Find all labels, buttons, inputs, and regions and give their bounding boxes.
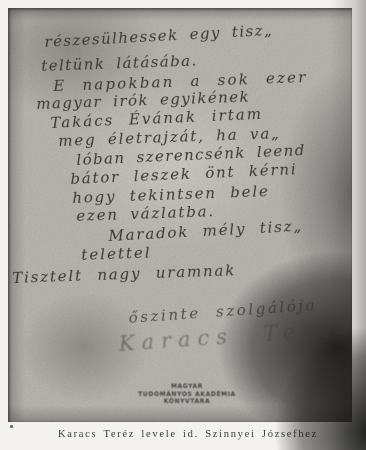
library-stamp-line: KÖNYVTÁRA: [122, 398, 252, 406]
letter-line: telettel: [81, 244, 152, 264]
book-page: részesülhessek egy tisz„ teltünk látásáb…: [0, 0, 366, 450]
letter-photograph: részesülhessek egy tisz„ teltünk látásáb…: [8, 8, 352, 422]
print-speck: [10, 425, 13, 428]
letter-line: részesülhessek egy tisz„: [44, 21, 274, 51]
library-stamp-line: TUDOMÁNYOS AKADÉMIA: [122, 391, 252, 399]
library-stamp-line: MAGYAR: [122, 383, 252, 391]
plate-caption: Karacs Teréz levele id. Szinnyei Józsefh…: [0, 429, 366, 440]
letter-line: teltünk látásába.: [41, 52, 198, 75]
library-stamp: MAGYAR TUDOMÁNYOS AKADÉMIA KÖNYVTÁRA: [122, 383, 252, 406]
letter-line: Tisztelt nagy uramnak: [12, 261, 236, 287]
